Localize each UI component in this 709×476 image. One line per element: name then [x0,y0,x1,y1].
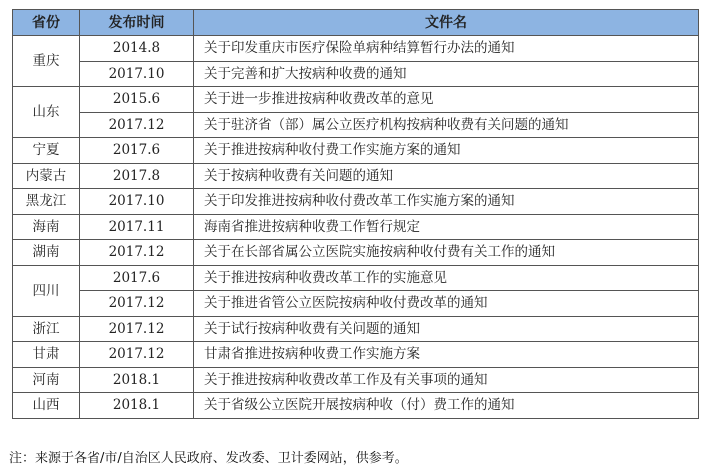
header-province: 省份 [13,10,80,36]
document-title-cell: 关于驻济省（部）属公立医疗机构按病种收费有关问题的通知 [194,112,699,138]
date-cell: 2017.6 [80,265,194,291]
policy-table: 省份 发布时间 文件名 重庆2014.8关于印发重庆市医疗保险单病种结算暂行办法… [12,9,699,419]
table-row: 黑龙江2017.10关于印发推进按病种收付费改革工作实施方案的通知 [13,189,699,215]
province-cell: 湖南 [13,240,80,266]
province-cell: 山东 [13,87,80,138]
province-cell: 海南 [13,214,80,240]
table-row: 海南2017.11海南省推进按病种收费工作暂行规定 [13,214,699,240]
province-cell: 重庆 [13,36,80,87]
table-row: 重庆2014.8关于印发重庆市医疗保险单病种结算暂行办法的通知 [13,36,699,62]
document-title-cell: 海南省推进按病种收费工作暂行规定 [194,214,699,240]
date-cell: 2017.12 [80,112,194,138]
document-title-cell: 关于试行按病种收费有关问题的通知 [194,316,699,342]
document-title-cell: 关于完善和扩大按病种收费的通知 [194,61,699,87]
province-cell: 内蒙古 [13,163,80,189]
province-cell: 甘肃 [13,342,80,368]
table-row: 内蒙古2017.8关于按病种收费有关问题的通知 [13,163,699,189]
date-cell: 2017.12 [80,291,194,317]
table-row: 甘肃2017.12甘肃省推进按病种收费工作实施方案 [13,342,699,368]
date-cell: 2017.6 [80,138,194,164]
document-title-cell: 关于印发推进按病种收付费改革工作实施方案的通知 [194,189,699,215]
date-cell: 2015.6 [80,87,194,113]
date-cell: 2018.1 [80,393,194,419]
document-title-cell: 关于印发重庆市医疗保险单病种结算暂行办法的通知 [194,36,699,62]
date-cell: 2018.1 [80,367,194,393]
table-row: 山东2015.6关于进一步推进按病种收费改革的意见 [13,87,699,113]
province-cell: 四川 [13,265,80,316]
table-row: 山西2018.1关于省级公立医院开展按病种收（付）费工作的通知 [13,393,699,419]
date-cell: 2017.12 [80,316,194,342]
table-row: 四川2017.6关于推进按病种收费改革工作的实施意见 [13,265,699,291]
province-cell: 山西 [13,393,80,419]
province-cell: 浙江 [13,316,80,342]
province-cell: 宁夏 [13,138,80,164]
table-row: 浙江2017.12关于试行按病种收费有关问题的通知 [13,316,699,342]
document-title-cell: 关于推进按病种收付费工作实施方案的通知 [194,138,699,164]
province-cell: 河南 [13,367,80,393]
table-row: 2017.10关于完善和扩大按病种收费的通知 [13,61,699,87]
table-row: 河南2018.1关于推进按病种收费改革工作及有关事项的通知 [13,367,699,393]
document-title-cell: 关于在长部省属公立医院实施按病种收付费有关工作的通知 [194,240,699,266]
date-cell: 2017.12 [80,240,194,266]
header-date: 发布时间 [80,10,194,36]
date-cell: 2017.8 [80,163,194,189]
document-title-cell: 关于推进按病种收费改革工作及有关事项的通知 [194,367,699,393]
date-cell: 2017.11 [80,214,194,240]
document-title-cell: 关于按病种收费有关问题的通知 [194,163,699,189]
table-body: 重庆2014.8关于印发重庆市医疗保险单病种结算暂行办法的通知2017.10关于… [13,36,699,419]
source-note: 注：来源于各省/市/自治区人民政府、发改委、卫计委网站，供参考。 [9,447,408,466]
province-cell: 黑龙江 [13,189,80,215]
document-title-cell: 甘肃省推进按病种收费工作实施方案 [194,342,699,368]
table-row: 宁夏2017.6关于推进按病种收付费工作实施方案的通知 [13,138,699,164]
table-row: 2017.12关于驻济省（部）属公立医疗机构按病种收费有关问题的通知 [13,112,699,138]
document-title-cell: 关于推进按病种收费改革工作的实施意见 [194,265,699,291]
header-title: 文件名 [194,10,699,36]
header-row: 省份 发布时间 文件名 [13,10,699,36]
date-cell: 2017.10 [80,189,194,215]
table-row: 湖南2017.12关于在长部省属公立医院实施按病种收付费有关工作的通知 [13,240,699,266]
document-title-cell: 关于推进省管公立医院按病种收付费改革的通知 [194,291,699,317]
date-cell: 2014.8 [80,36,194,62]
document-title-cell: 关于进一步推进按病种收费改革的意见 [194,87,699,113]
date-cell: 2017.12 [80,342,194,368]
table-row: 2017.12关于推进省管公立医院按病种收付费改革的通知 [13,291,699,317]
date-cell: 2017.10 [80,61,194,87]
document-title-cell: 关于省级公立医院开展按病种收（付）费工作的通知 [194,393,699,419]
